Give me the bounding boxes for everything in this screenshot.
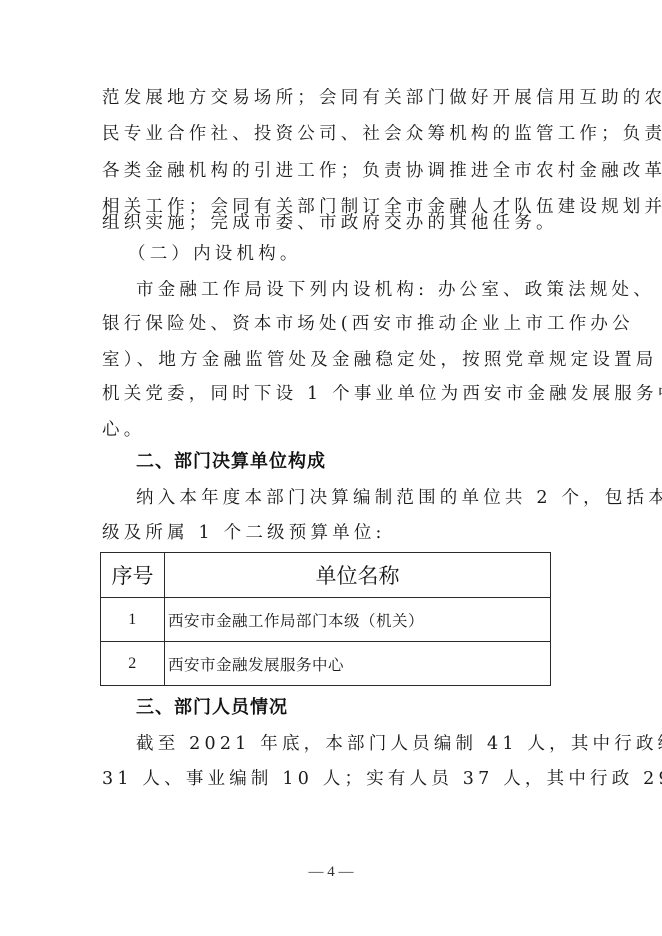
body-text-line: 市金融工作局设下列内设机构: 办公室、政策法规处、 [136,275,564,305]
body-text-line: 纳入本年度本部门决算编制范围的单位共 2 个，包括本 [136,483,564,513]
body-text-line: 范发展地方交易场所；会同有关部门做好开展信用互助的农 [102,83,564,113]
body-text-line: 31 人、事业编制 10 人；实有人员 37 人，其中行政 29 人（含 [102,764,564,794]
body-text-line: 室）、地方金融监管处及金融稳定处，按照党章规定设置局 [102,345,564,375]
body-text-line: 心。 [102,415,564,445]
units-table: 序号 单位名称 1 西安市金融工作局部门本级（机关） 2 西安市金融发展服务中心 [100,552,551,686]
table-header-row: 序号 单位名称 [101,553,551,598]
page-number: — 4 — [0,864,662,881]
body-text-line: 各类金融机构的引进工作；负责协调推进全市农村金融改革 [102,156,564,186]
body-text-line: 组织实施；完成市委、市政府交办的其他任务。 [102,208,564,238]
table-row: 1 西安市金融工作局部门本级（机关） [101,598,551,642]
body-text-line: 机关党委，同时下设 1 个事业单位为西安市金融发展服务中 [102,379,564,409]
body-text-line: 民专业合作社、投资公司、社会众筹机构的监管工作；负责 [102,119,564,149]
row-number: 2 [101,642,165,686]
row-number: 1 [101,598,165,642]
section-heading: 三、部门人员情况 [136,693,288,723]
unit-name: 西安市金融工作局部门本级（机关） [165,598,551,642]
body-text-line: 截至 2021 年底，本部门人员编制 41 人，其中行政编制 [136,729,564,759]
section-heading: 二、部门决算单位构成 [136,447,326,477]
unit-name: 西安市金融发展服务中心 [165,642,551,686]
subsection-title: （二）内设机构。 [128,239,302,269]
column-header-unit-name: 单位名称 [165,553,551,598]
body-text-line: 级及所属 1 个二级预算单位: [102,518,564,548]
table-row: 2 西安市金融发展服务中心 [101,642,551,686]
column-header-number: 序号 [101,553,165,598]
body-text-line: 银行保险处、资本市场处(西安市推动企业上市工作办公 [102,309,564,339]
